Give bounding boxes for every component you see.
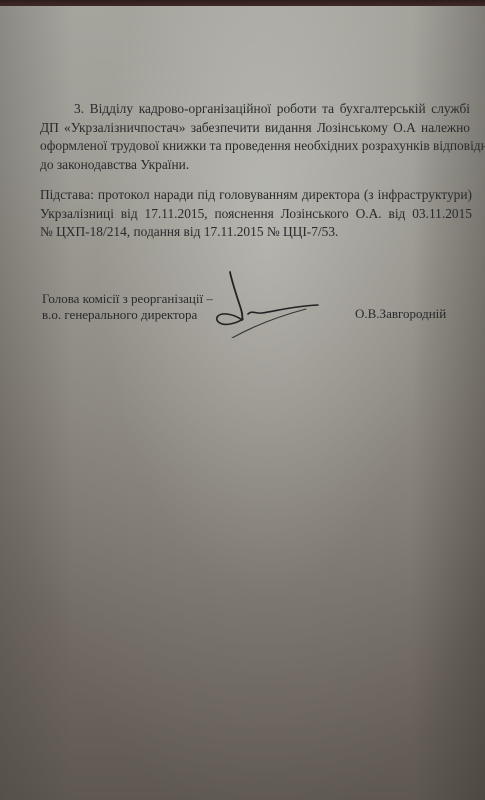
- signatory-title-line-1: Голова комісії з реорганізації –: [42, 291, 213, 307]
- basis-line-3: № ЦХП-18/214, подання від 17.11.2015 № Ц…: [40, 223, 472, 242]
- paragraph-3-line-4: до законодавства України.: [40, 156, 470, 175]
- basis-paragraph: Підстава: протокол наради під головуванн…: [40, 186, 472, 242]
- basis-line-2: Укрзалізниці від 17.11.2015, пояснення Л…: [40, 205, 472, 224]
- paragraph-3: 3. Відділу кадрово-організаційної роботи…: [40, 100, 470, 174]
- paragraph-3-line-3: оформленої трудової книжки та проведення…: [40, 137, 470, 156]
- basis-line-1: Підстава: протокол наради під головуванн…: [40, 186, 472, 205]
- paragraph-3-line-2: ДП «Укрзалізничпостач» забезпечити видан…: [40, 119, 470, 138]
- handwritten-signature-icon: [210, 268, 320, 338]
- photo-background: 3. Відділу кадрово-організаційної роботи…: [0, 0, 485, 800]
- paragraph-3-line-1: 3. Відділу кадрово-організаційної роботи…: [40, 100, 470, 119]
- document-page: 3. Відділу кадрово-організаційної роботи…: [0, 6, 485, 800]
- signatory-title: Голова комісії з реорганізації – в.о. ге…: [42, 291, 213, 323]
- signatory-title-line-2: в.о. генерального директора: [42, 307, 213, 323]
- signatory-name: О.В.Завгородній: [355, 305, 446, 324]
